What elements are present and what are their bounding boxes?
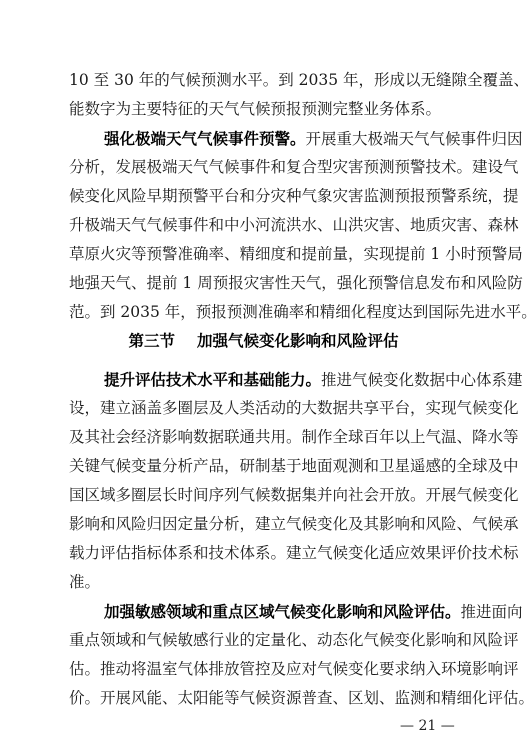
paragraph-text: 推进面向 [461, 603, 523, 621]
bold-lead: 提升评估技术水平和基础能力。 [104, 370, 321, 389]
paragraph-line: 范。到 2035 年，预报预测准确率和精细化程度达到国际先进水平。 [69, 298, 457, 327]
paragraph-line: 价。开展风能、太阳能等气候资源普查、区划、监测和精细化评估。 [69, 684, 457, 713]
paragraph-line: 国区域多圈层长时间序列气候数据集并向社会开放。开展气候变化 [69, 481, 457, 510]
paragraph-line: 地强天气、提前 1 周预报灾害性天气，强化预警信息发布和风险防 [69, 269, 457, 298]
paragraph-line: 候变化风险早期预警平台和分灾种气象灾害监测预报预警系统，提 [69, 182, 457, 211]
paragraph-line: 升极端天气气候事件和中小河流洪水、山洪灾害、地质灾害、森林 [69, 211, 457, 240]
paragraph-line: 影响和风险归因定量分析，建立气候变化及其影响和风险、气候承 [69, 510, 457, 539]
paragraph-line: 能数字为主要特征的天气气候预报预测完整业务体系。 [69, 95, 457, 124]
section-title: 加强气候变化影响和风险评估 [197, 331, 399, 350]
paragraph-line: 草原火灾等预警准确率、精细度和提前量，实现提前 1 小时预警局 [69, 240, 457, 269]
paragraph-first-line: 强化极端天气气候事件预警。开展重大极端天气气候事件归因 [104, 124, 457, 153]
page-number: — 21 — [400, 718, 455, 734]
paragraph-first-line: 提升评估技术水平和基础能力。推进气候变化数据中心体系建 [104, 365, 457, 394]
paragraph-line: 10 至 30 年的气候预测水平。到 2035 年，形成以无缝隙全覆盖、智 [69, 66, 457, 95]
bold-lead: 强化极端天气气候事件预警。 [104, 129, 306, 148]
paragraph-line: 准。 [69, 568, 457, 597]
paragraph-text: 开展重大极端天气气候事件归因 [306, 130, 523, 148]
paragraph-line: 设，建立涵盖多圈层及人类活动的大数据共享平台，实现气候变化 [69, 394, 457, 423]
document-page: 10 至 30 年的气候预测水平。到 2035 年，形成以无缝隙全覆盖、智 能数… [0, 0, 527, 747]
paragraph-line: 估。推动将温室气体排放管控及应对气候变化要求纳入环境影响评 [69, 655, 457, 684]
paragraph-line: 重点领域和气候敏感行业的定量化、动态化气候变化影响和风险评 [69, 626, 457, 655]
bold-lead: 加强敏感领域和重点区域气候变化影响和风险评估。 [104, 602, 461, 621]
section-heading: 第三节加强气候变化影响和风险评估 [0, 326, 527, 355]
paragraph-line: 分析，发展极端天气气候事件和复合型灾害预测预警技术。建设气 [69, 153, 457, 182]
paragraph-line: 及其社会经济影响数据联通共用。制作全球百年以上气温、降水等 [69, 423, 457, 452]
section-number: 第三节 [128, 331, 175, 350]
paragraph-first-line: 加强敏感领域和重点区域气候变化影响和风险评估。推进面向 [104, 597, 457, 626]
paragraph-text: 推进气候变化数据中心体系建 [321, 371, 523, 389]
paragraph-line: 载力评估指标体系和技术体系。建立气候变化适应效果评价技术标 [69, 539, 457, 568]
paragraph-line: 关键气候变量分析产品，研制基于地面观测和卫星遥感的全球及中 [69, 452, 457, 481]
